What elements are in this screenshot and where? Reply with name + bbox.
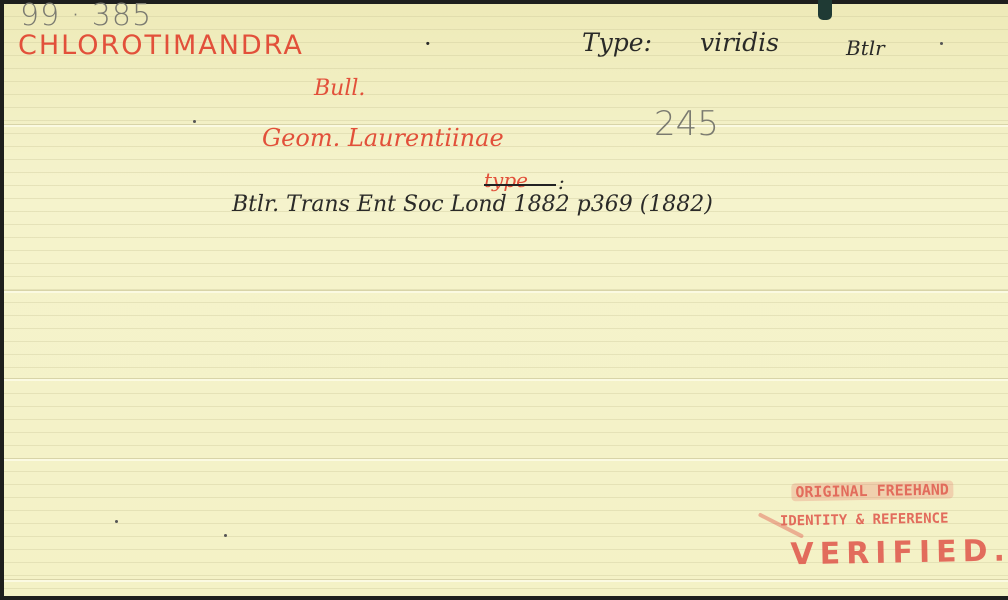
verified-stamp: ORIGINAL FREEHAND IDENTITY & REFERENCE V…	[759, 476, 971, 580]
card-divider-tab	[818, 0, 832, 20]
stamp-line-1: ORIGINAL FREEHAND	[791, 480, 953, 501]
speck	[115, 520, 118, 523]
family-number: 245	[654, 104, 719, 144]
type-author: Btlr	[846, 36, 885, 60]
struck-type-word: type	[484, 168, 528, 192]
genus-author: Bull.	[314, 76, 365, 101]
rule-line	[4, 378, 1008, 381]
rule-line	[4, 290, 1008, 293]
genus-name: CHLOROTIMANDRA	[18, 30, 304, 61]
genus-dot: ·	[424, 30, 432, 58]
rule-line	[4, 124, 1008, 127]
speck	[940, 42, 943, 45]
stamp-verified: VERIFIED.	[790, 533, 1008, 572]
family-subfamily: Geom. Laurentiinae	[262, 124, 504, 152]
pencil-reference-number: 99 · 385	[20, 0, 152, 33]
rule-line	[4, 458, 1008, 461]
speck	[193, 120, 196, 123]
strikethrough-line	[484, 184, 556, 186]
stamp-line-2: IDENTITY & REFERENCE	[780, 511, 949, 530]
citation: Btlr. Trans Ent Soc Lond 1882 p369 (1882…	[232, 192, 713, 217]
struck-colon: :	[558, 170, 565, 194]
type-species: viridis	[700, 28, 779, 57]
rule-line	[4, 579, 1008, 582]
speck	[224, 534, 227, 537]
type-label: Type:	[582, 28, 652, 57]
